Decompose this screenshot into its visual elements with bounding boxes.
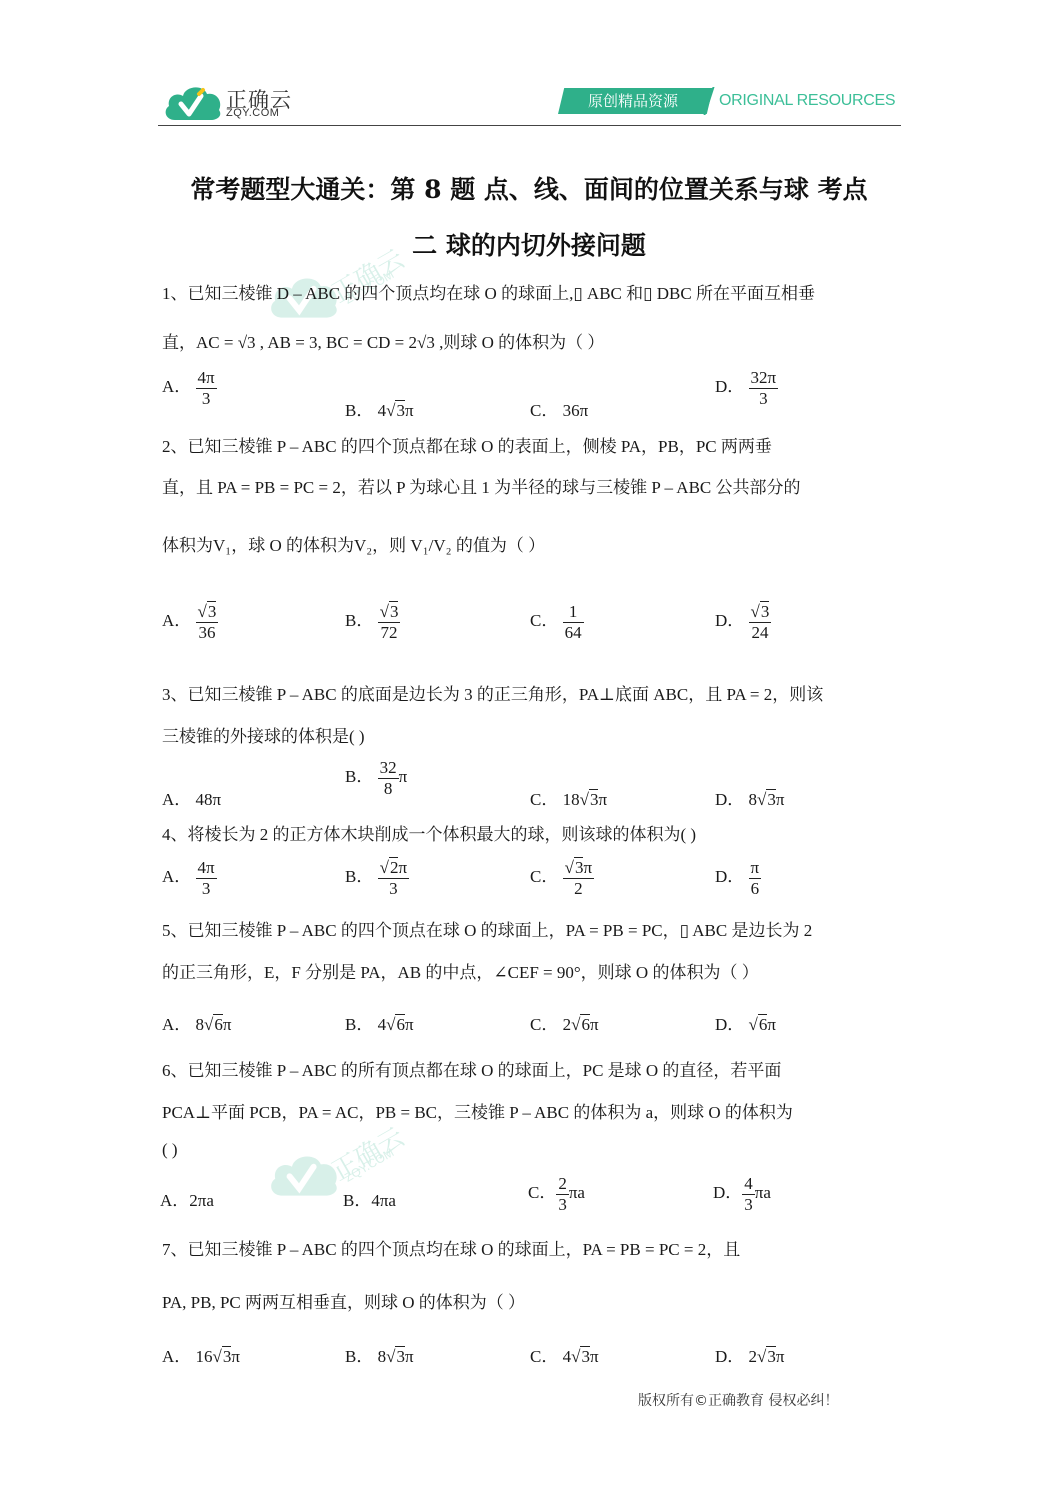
question-3-option-b[interactable]: B． 328π bbox=[345, 758, 407, 798]
question-3-line2: 三棱锥的外接球的体积是( ) bbox=[162, 722, 365, 747]
watermark-text-cn: 正确云 bbox=[324, 1117, 410, 1188]
question-6-line2: PCA⊥平面 PCB，PA = AC，PB = BC，三棱锥 P – ABC 的… bbox=[162, 1098, 793, 1123]
header-divider bbox=[158, 125, 901, 126]
question-2-line2: 直，且 PA = PB = PC = 2，若以 P 为球心且 1 为半径的球与三… bbox=[162, 473, 801, 498]
question-4-option-d[interactable]: D． π6 bbox=[715, 858, 761, 898]
question-4-line1: 4、将棱长为 2 的正方体木块削成一个体积最大的球，则该球的体积为( ) bbox=[162, 820, 696, 845]
question-7-option-b[interactable]: B． 8√3π bbox=[345, 1342, 414, 1367]
question-3-option-c[interactable]: C． 18√3π bbox=[530, 785, 607, 810]
question-5-option-d[interactable]: D． √6π bbox=[715, 1010, 776, 1035]
question-5-line1: 5、已知三棱锥 P – ABC 的四个顶点在球 O 的球面上，PA = PB =… bbox=[162, 916, 812, 941]
question-6-option-a[interactable]: A．2πa bbox=[160, 1186, 214, 1211]
question-1-line1: 1、已知三棱锥 D – ABC 的四个顶点均在球 O 的球面上,▯ ABC 和▯… bbox=[162, 279, 815, 304]
question-1-option-d[interactable]: D． 32π3 bbox=[715, 368, 778, 408]
question-7-option-c[interactable]: C． 4√3π bbox=[530, 1342, 599, 1367]
banner-label-cn: 原创精品资源 bbox=[558, 90, 708, 111]
question-2-option-d[interactable]: D． √324 bbox=[715, 602, 771, 642]
question-3-option-d[interactable]: D． 8√3π bbox=[715, 785, 784, 810]
question-3-line1: 3、已知三棱锥 P – ABC 的底面是边长为 3 的正三角形，PA⊥底面 AB… bbox=[162, 680, 823, 705]
question-1-option-c[interactable]: C． 36π bbox=[530, 396, 588, 421]
question-2-option-a[interactable]: A． √336 bbox=[162, 602, 218, 642]
question-5-option-a[interactable]: A． 8√6π bbox=[162, 1010, 231, 1035]
question-3-option-a[interactable]: A． 48π bbox=[162, 785, 221, 810]
question-4-option-b[interactable]: B． √2π3 bbox=[345, 858, 409, 898]
question-7-line2: PA, PB, PC 两两互相垂直，则球 O 的体积为（ ） bbox=[162, 1288, 525, 1313]
question-2-line3: 体积为V₁，球 O 的体积为V₂，则 V₁/V₂ 的值为（ ） bbox=[162, 531, 545, 556]
question-6-option-c[interactable]: C．23πa bbox=[528, 1174, 585, 1214]
page-title-line1: 常考题型大通关：第 8 题 点、线、面间的位置关系与球 考点 bbox=[0, 170, 1058, 206]
question-4-option-c[interactable]: C． √3π2 bbox=[530, 858, 594, 898]
question-5-option-b[interactable]: B． 4√6π bbox=[345, 1010, 414, 1035]
zqy-cloud-logo-icon bbox=[163, 82, 223, 122]
question-5-option-c[interactable]: C． 2√6π bbox=[530, 1010, 599, 1035]
question-6-line3: ( ) bbox=[162, 1140, 178, 1160]
question-2-option-b[interactable]: B． √372 bbox=[345, 602, 400, 642]
page-title-line2: 二 球的内切外接问题 bbox=[0, 226, 1058, 262]
question-4-option-a[interactable]: A． 4π3 bbox=[162, 858, 217, 898]
question-6-line1: 6、已知三棱锥 P – ABC 的所有顶点都在球 O 的球面上，PC 是球 O … bbox=[162, 1056, 781, 1081]
question-6-option-b[interactable]: B．4πa bbox=[343, 1186, 396, 1211]
question-7-option-a[interactable]: A． 16√3π bbox=[162, 1342, 240, 1367]
question-1-option-a[interactable]: A． 4π3 bbox=[162, 368, 217, 408]
question-1-line2: 直，AC = √3 , AB = 3, BC = CD = 2√3 ,则球 O … bbox=[162, 328, 604, 353]
question-2-line1: 2、已知三棱锥 P – ABC 的四个顶点都在球 O 的表面上，侧棱 PA，PB… bbox=[162, 432, 772, 457]
question-2-option-c[interactable]: C． 164 bbox=[530, 602, 584, 642]
question-7-option-d[interactable]: D． 2√3π bbox=[715, 1342, 784, 1367]
brand-domain: ZQY.COM bbox=[226, 107, 279, 119]
copyright-footer: 版权所有©正确教育 侵权必纠！ bbox=[638, 1390, 838, 1410]
question-6-option-d[interactable]: D．43πa bbox=[713, 1174, 771, 1214]
question-7-line1: 7、已知三棱锥 P – ABC 的四个顶点均在球 O 的球面上，PA = PB … bbox=[162, 1235, 740, 1260]
question-5-line2: 的正三角形，E，F 分别是 PA，AB 的中点，∠CEF = 90°，则球 O … bbox=[162, 958, 759, 983]
banner-label-en: ORIGINAL RESOURCES bbox=[719, 92, 895, 110]
question-1-option-b[interactable]: B． 4√3π bbox=[345, 396, 414, 421]
